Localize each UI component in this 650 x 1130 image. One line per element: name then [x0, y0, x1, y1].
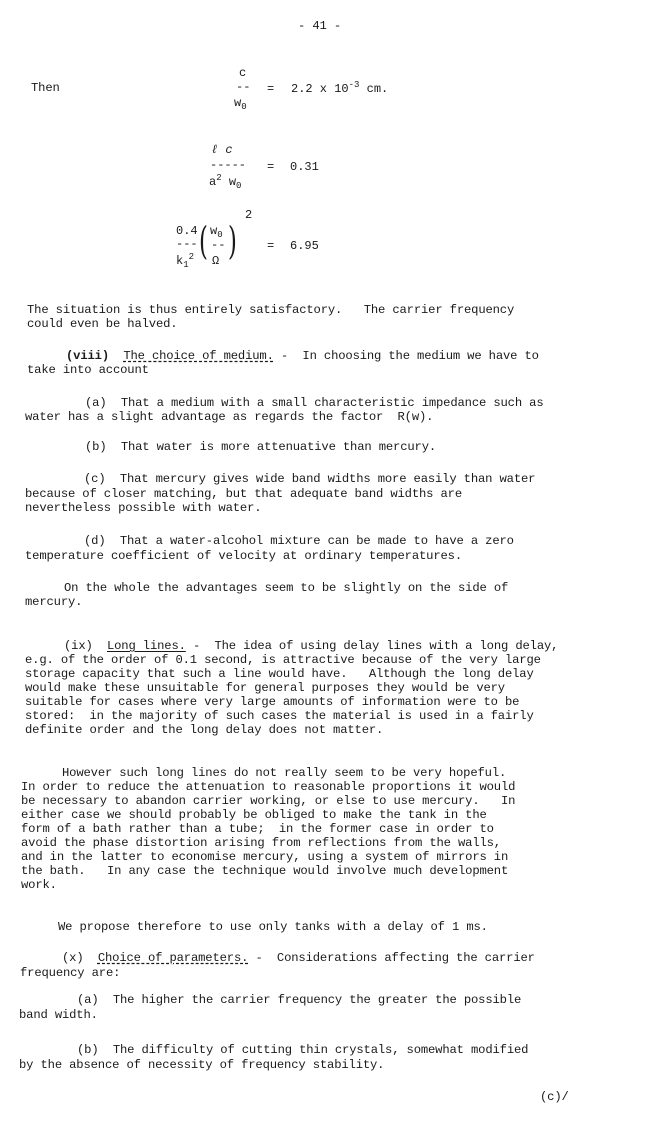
- section-label: (x): [62, 951, 84, 965]
- section-heading: Long lines.: [107, 639, 186, 653]
- section-label: (viii): [66, 349, 109, 363]
- section-heading: The choice of medium.: [123, 349, 273, 363]
- right-paren: ): [228, 222, 237, 260]
- formula-intro: Then: [31, 81, 60, 95]
- left-paren: (: [199, 222, 208, 260]
- page-number: - 41 -: [298, 19, 341, 33]
- paragraph-propose: We propose therefore to use only tanks w…: [58, 920, 488, 934]
- continuation-marker: (c)/: [540, 1090, 569, 1104]
- section-label: (ix): [64, 639, 93, 653]
- section-heading: Choice of parameters.: [98, 951, 248, 965]
